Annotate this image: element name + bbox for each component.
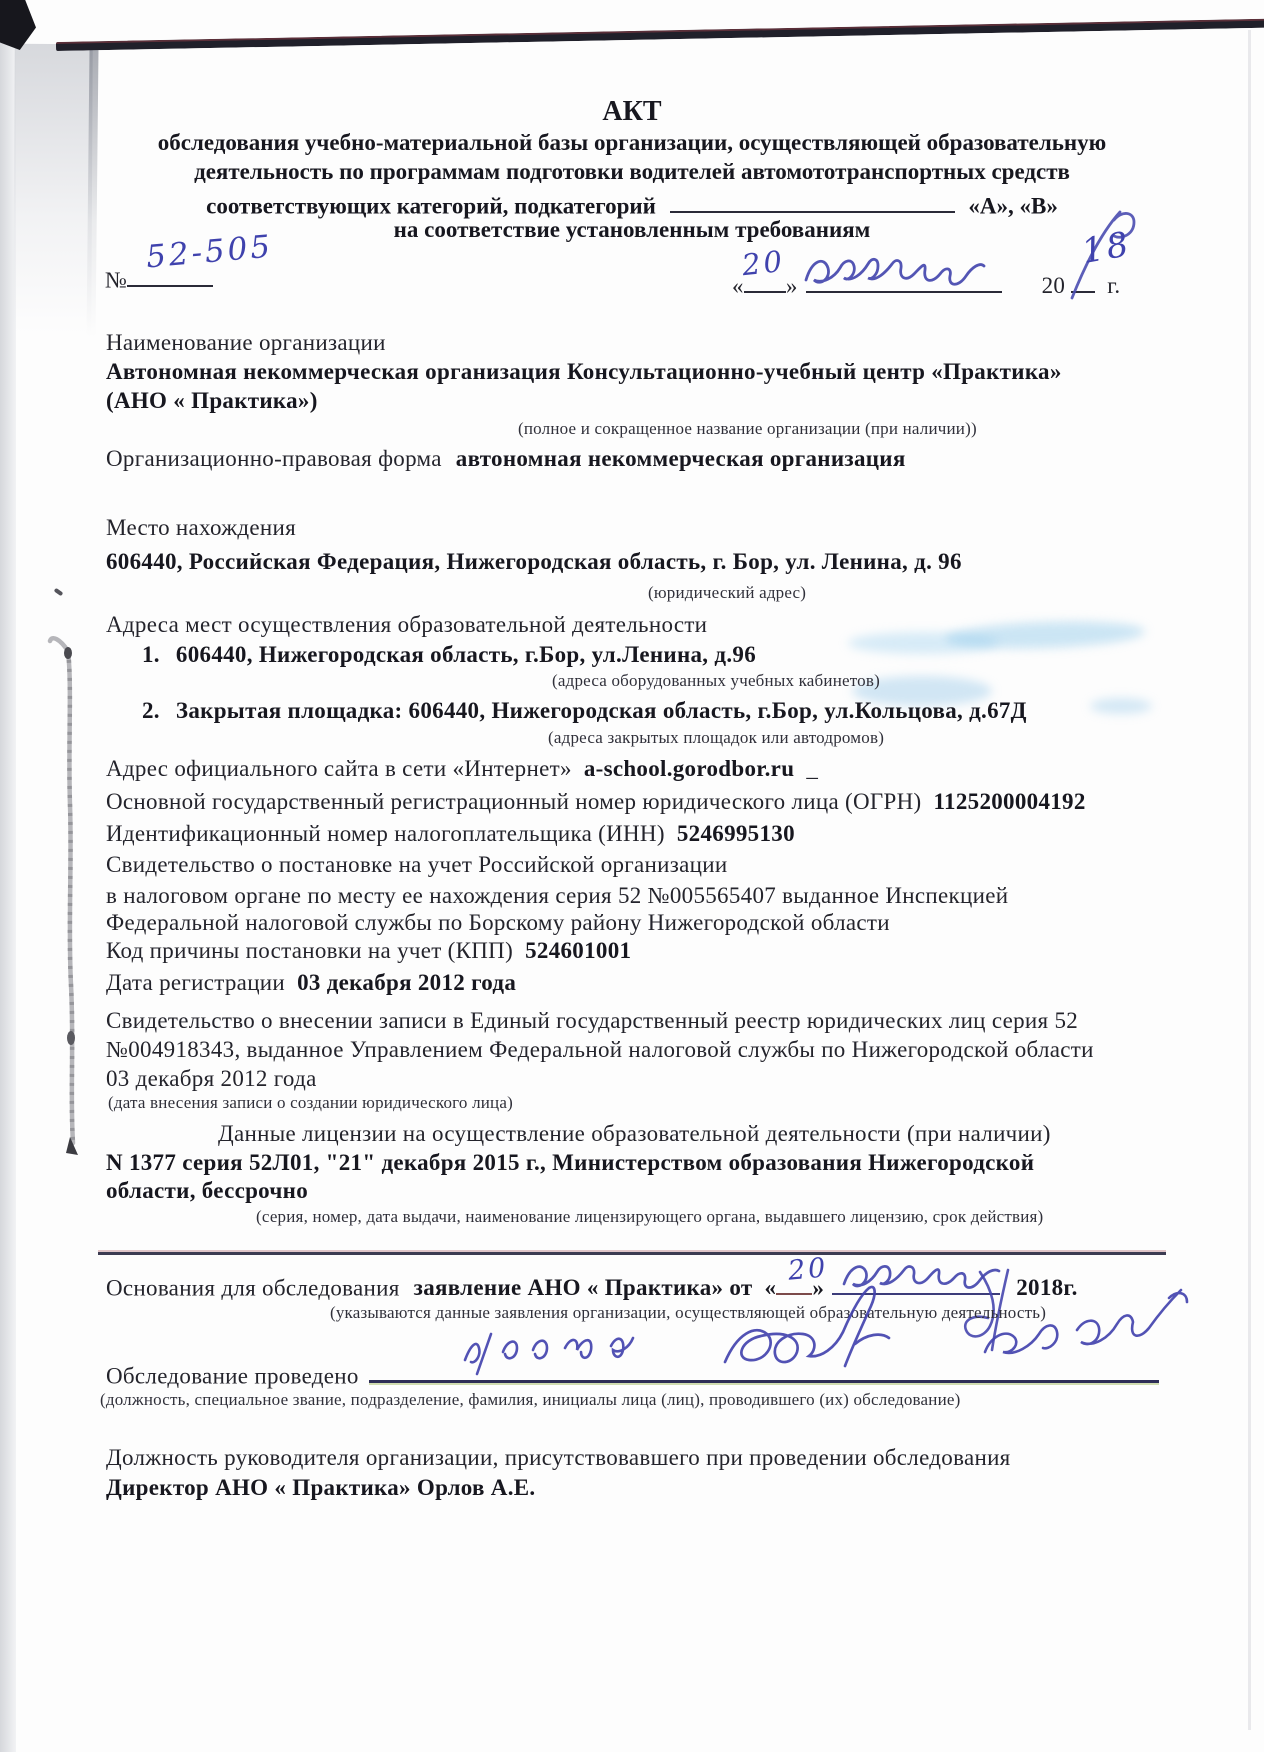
head-present-line-1: Должность руководителя организации, прис…: [106, 1445, 1011, 1471]
item-1-value: 606440, Нижегородская область, г.Бор, ул…: [176, 642, 756, 667]
inn-label: Идентификационный номер налогоплательщик…: [106, 821, 665, 846]
registration-date-label: Дата регистрации: [106, 970, 285, 995]
subtitle-line-2: деятельность по программам подготовки во…: [0, 159, 1264, 185]
egrul-line-2: №004918343, выданное Управлением Федерал…: [106, 1037, 1094, 1063]
egrul-caption: (дата внесения записи о создании юридиче…: [108, 1093, 513, 1113]
egrul-line-1: Свидетельство о внесении записи в Единый…: [106, 1008, 1078, 1034]
tax-certificate-line-2: в налоговом органе по месту ее нахождени…: [106, 883, 1008, 909]
ogrn-label: Основной государственный регистрационный…: [106, 789, 921, 814]
inspection-conducted-caption: (должность, специальное звание, подразде…: [100, 1390, 961, 1410]
page-right-crease: [1248, 30, 1251, 1730]
inn-row: Идентификационный номер налогоплательщик…: [106, 821, 795, 847]
scan-top-edge-line: [56, 17, 1264, 51]
subtitle-line-3-text: соответствующих категорий, подкатегорий: [206, 193, 656, 218]
ogrn-value: 1125200004192: [934, 789, 1086, 814]
categories-blank: [670, 188, 955, 213]
egrul-line-3: 03 декабря 2012 года: [106, 1066, 317, 1092]
act-number-label: №: [105, 267, 127, 292]
kpp-label: Код причины постановки на учет (КПП): [106, 938, 513, 963]
tax-certificate-line-1: Свидетельство о постановке на учет Росси…: [106, 852, 728, 878]
activity-address-item-1: 1. 606440, Нижегородская область, г.Бор,…: [142, 642, 756, 668]
org-name-line-2: (АНО « Практика»): [106, 388, 318, 414]
binding-thread: [40, 625, 100, 1165]
handwritten-month-scribble: [798, 242, 1008, 294]
kpp-row: Код причины постановки на учет (КПП) 524…: [106, 938, 631, 964]
org-name-caption: (полное и сокращенное название организац…: [518, 419, 977, 439]
item-2-number: 2.: [142, 698, 160, 723]
legal-form-label: Организационно-правовая форма: [106, 446, 442, 471]
handwritten-date-day: 20: [740, 244, 786, 282]
inspection-conducted-label: Обследование проведено: [106, 1363, 359, 1388]
ogrn-row: Основной государственный регистрационный…: [106, 789, 1086, 815]
license-line-2: области, бессрочно: [106, 1178, 308, 1204]
head-present-line-2: Директор АНО « Практика» Орлов А.Е.: [106, 1475, 535, 1501]
inn-value: 5246995130: [677, 821, 795, 846]
activity-addresses-label: Адреса мест осуществления образовательно…: [106, 612, 707, 638]
org-name-label: Наименование организации: [106, 330, 386, 356]
blue-smudge: [848, 632, 998, 654]
legal-form-value: автономная некоммерческая организация: [456, 446, 906, 471]
license-label: Данные лицензии на осуществление образов…: [218, 1121, 1051, 1147]
license-caption: (серия, номер, дата выдачи, наименование…: [256, 1207, 1043, 1227]
document-title: АКТ: [0, 96, 1264, 128]
blue-smudge: [1090, 698, 1152, 714]
activity-address-item-2: 2. Закрытая площадка: 606440, Нижегородс…: [142, 698, 1027, 724]
location-caption: (юридический адрес): [648, 583, 806, 603]
inspector-signatures: [425, 1268, 1245, 1393]
location-label: Место нахождения: [106, 515, 296, 541]
location-value: 606440, Российская Федерация, Нижегородс…: [106, 549, 962, 575]
website-label: Адрес официального сайта в сети «Интерне…: [106, 756, 572, 781]
legal-form-row: Организационно-правовая форма автономная…: [106, 446, 906, 472]
scan-corner-blob: [0, 0, 36, 50]
date-quote-open: «: [732, 273, 744, 298]
inspection-basis-label: Основания для обследования: [106, 1275, 400, 1300]
item-1-number: 1.: [142, 642, 160, 667]
tax-certificate-line-3: Федеральной налоговой службы по Борскому…: [106, 910, 890, 936]
subtitle-line-1: обследования учебно-материальной базы ор…: [0, 130, 1264, 156]
left-margin-speck: [54, 588, 64, 596]
org-name-line-1: Автономная некоммерческая организация Ко…: [106, 359, 1062, 385]
website-underscore: _: [806, 756, 818, 781]
kpp-value: 524601001: [525, 938, 631, 963]
subtitle-line-3-categories: «А», «В»: [968, 193, 1057, 218]
registration-date-value: 03 декабря 2012 года: [297, 970, 516, 995]
website-row: Адрес официального сайта в сети «Интерне…: [106, 756, 818, 782]
license-line-1: N 1377 серия 52Л01, "21" декабря 2015 г.…: [106, 1150, 1034, 1176]
website-value: a-school.gorodbor.ru: [584, 756, 794, 781]
item-2-caption: (адреса закрытых площадок или автодромов…: [548, 728, 884, 748]
item-1-caption: (адреса оборудованных учебных кабинетов): [552, 671, 880, 691]
scanned-document-page: АКТ обследования учебно-материальной баз…: [0, 0, 1264, 1752]
item-2-value: Закрытая площадка: 606440, Нижегородская…: [176, 698, 1027, 723]
handwritten-date-year: 18: [1079, 224, 1134, 272]
registration-date-row: Дата регистрации 03 декабря 2012 года: [106, 970, 516, 996]
date-quote-close: »: [786, 273, 798, 298]
